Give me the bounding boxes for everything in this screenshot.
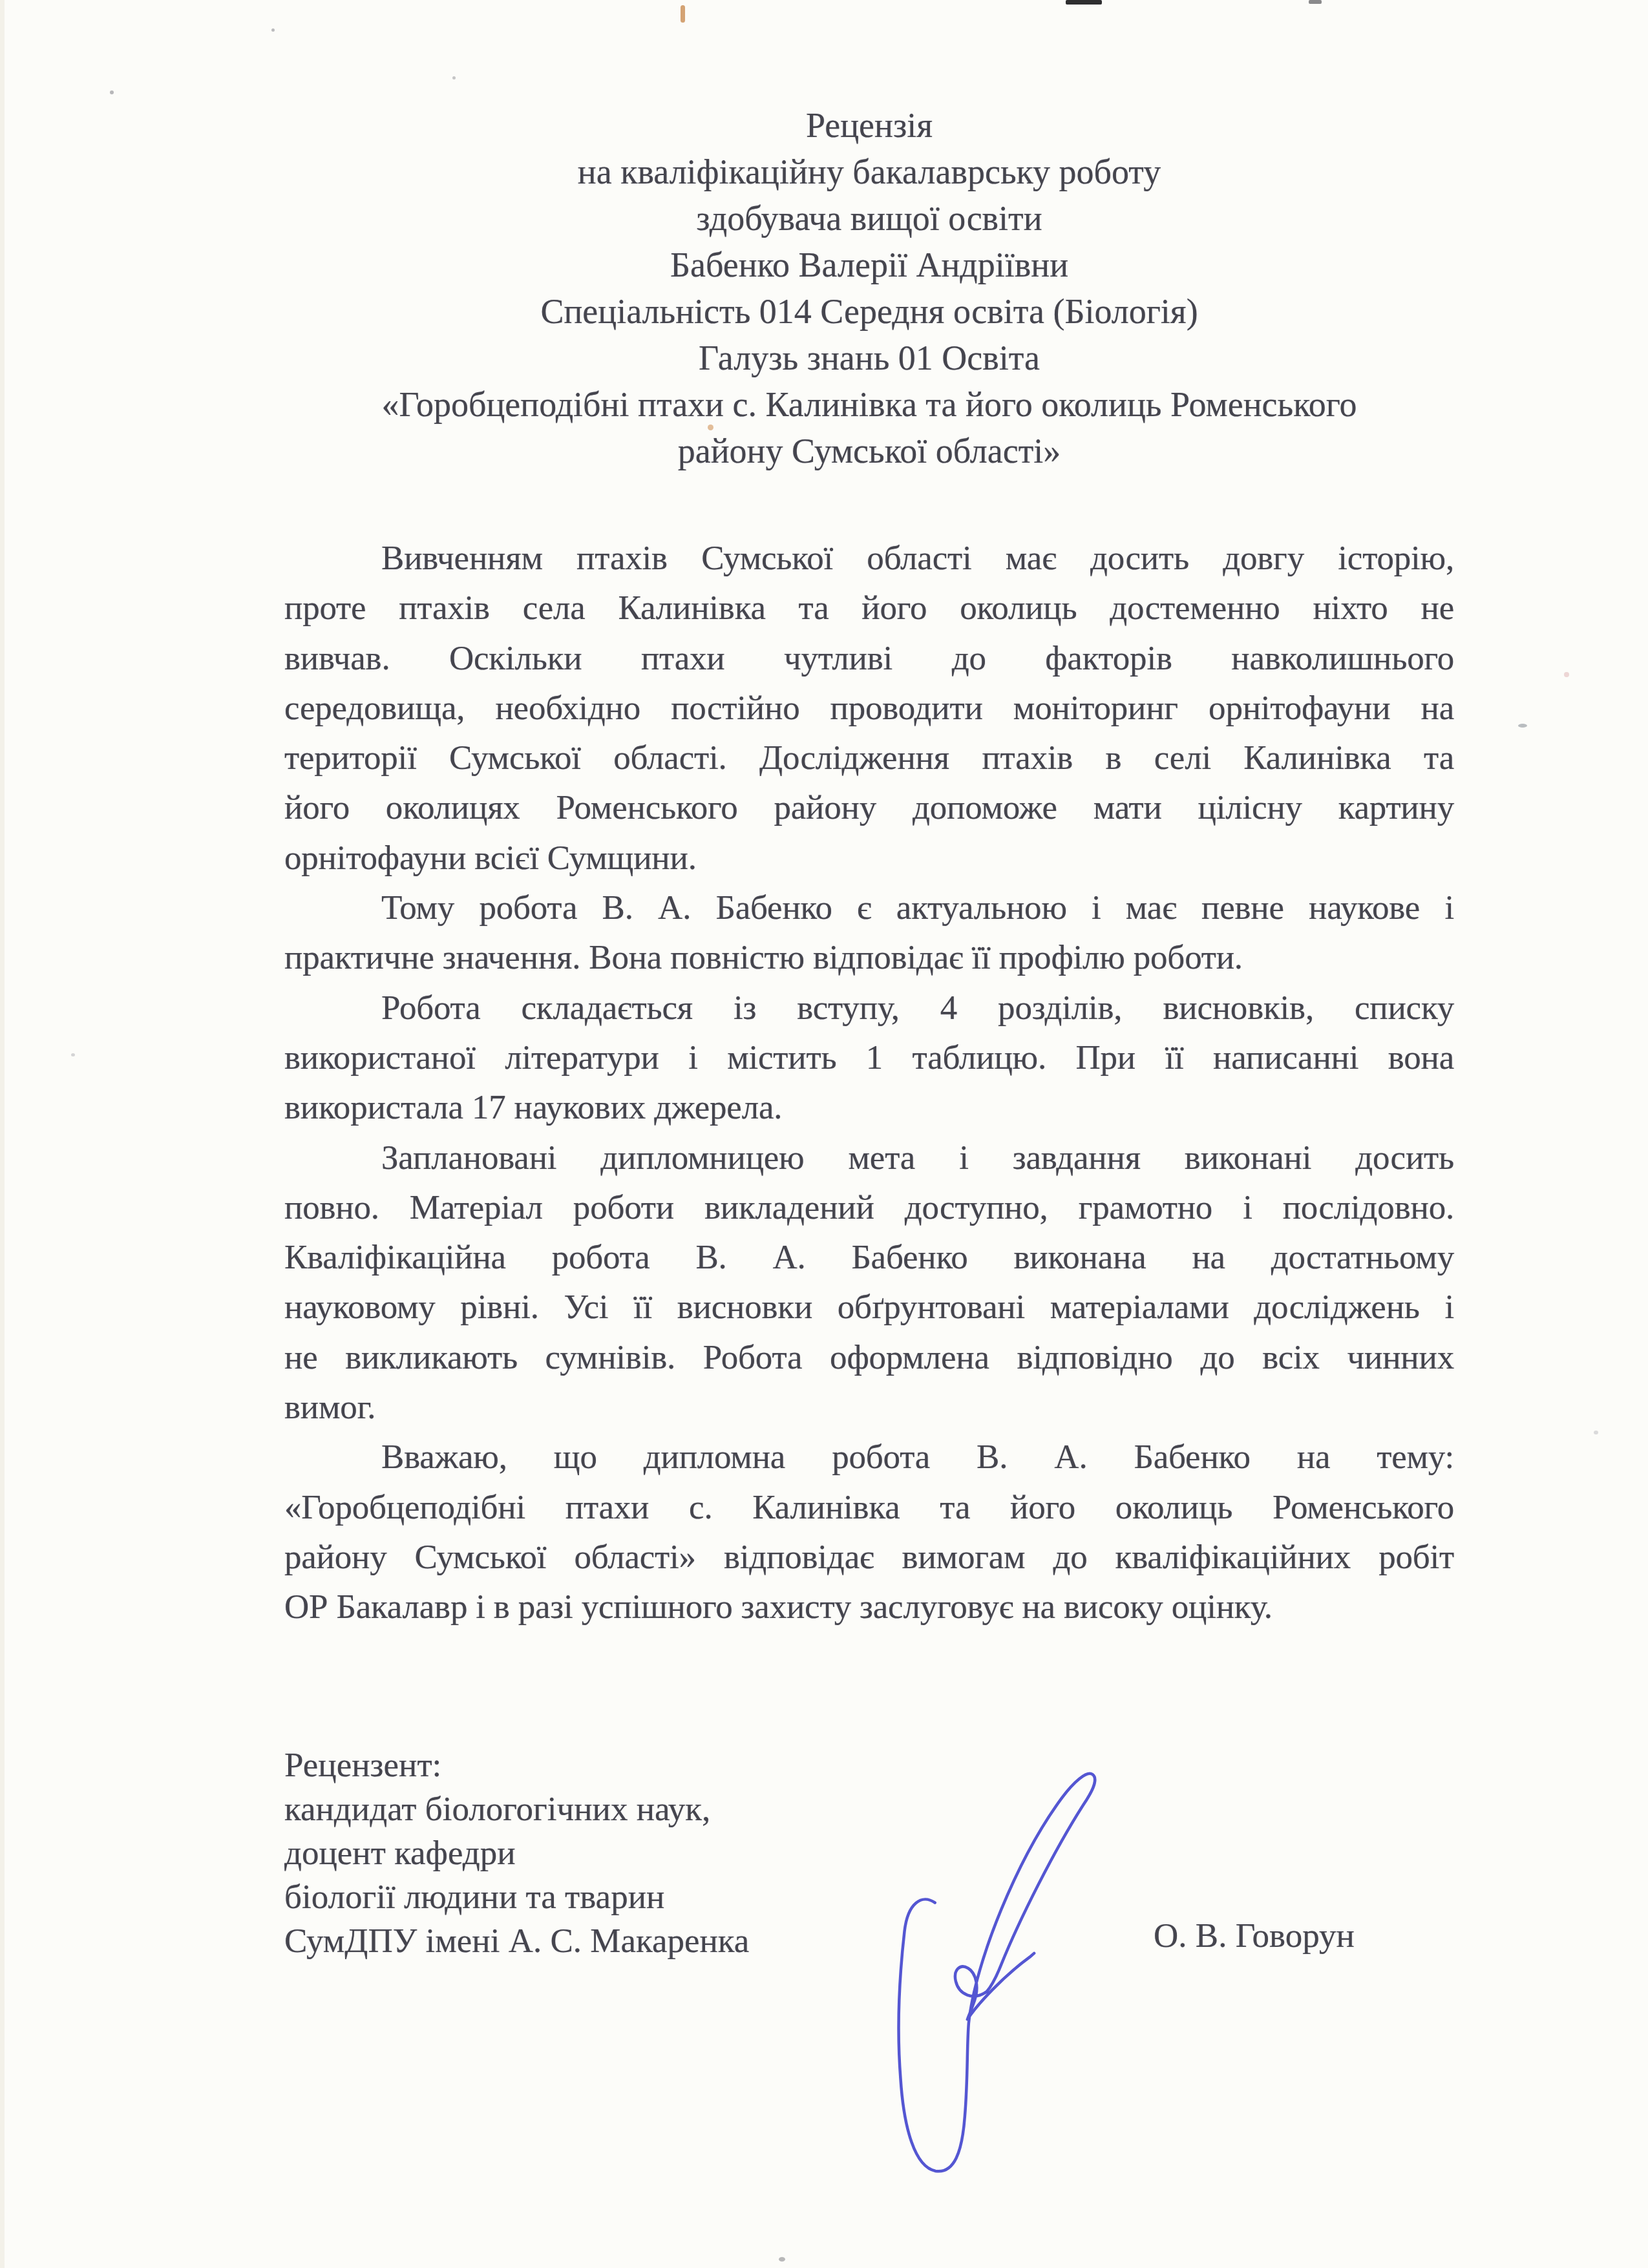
body-line: Робота складається із вступу, 4 розділів… xyxy=(284,983,1454,1033)
title-block: Рецензія на кваліфікаційну бакалаврську … xyxy=(284,102,1454,474)
body-line: Вважаю, що дипломна робота В. А. Бабенко… xyxy=(284,1433,1454,1482)
body-line: проте птахів села Калинівка та його окол… xyxy=(284,583,1454,633)
scan-speck xyxy=(110,90,114,94)
scan-speck xyxy=(1066,0,1102,5)
body-line: території Сумської області. Дослідження … xyxy=(284,733,1454,783)
scan-speck xyxy=(708,425,713,430)
body-line: вивчав. Оскільки птахи чутливі до фактор… xyxy=(284,634,1454,684)
scan-speck xyxy=(1594,1431,1598,1434)
body-line: району Сумської області» відповідає вимо… xyxy=(284,1533,1454,1582)
reviewer-name: О. В. Говорун xyxy=(1154,1914,1355,1958)
scan-speck xyxy=(71,1053,75,1056)
scan-speck xyxy=(681,5,685,23)
title-line: здобувача вищої освіти xyxy=(284,195,1454,242)
scan-speck xyxy=(1564,672,1569,677)
body-line: орнітофауни всієї Сумщини. xyxy=(284,834,1454,883)
title-line: Спеціальність 014 Середня освіта (Біолог… xyxy=(284,288,1454,335)
body-line: повно. Матеріал роботи викладений доступ… xyxy=(284,1183,1454,1233)
paragraph: Вивченням птахів Сумської області має до… xyxy=(284,534,1454,883)
body-line: ОР Бакалавр і в разі успішного захисту з… xyxy=(284,1582,1454,1632)
body-line: Кваліфікаційна робота В. А. Бабенко вико… xyxy=(284,1233,1454,1283)
title-line: Рецензія xyxy=(284,102,1454,149)
title-line: Бабенко Валерії Андріївни xyxy=(284,242,1454,288)
body-text: Вивченням птахів Сумської області має до… xyxy=(284,534,1454,1633)
scan-edge-shading xyxy=(0,0,5,2268)
body-line: Заплановані дипломницею мета і завдання … xyxy=(284,1133,1454,1183)
title-line: «Горобцеподібні птахи с. Калинівка та йо… xyxy=(284,381,1454,428)
body-line: його околицях Роменського району допомож… xyxy=(284,783,1454,833)
paragraph: Робота складається із вступу, 4 розділів… xyxy=(284,983,1454,1133)
paragraph: Вважаю, що дипломна робота В. А. Бабенко… xyxy=(284,1433,1454,1632)
title-line: Галузь знань 01 Освіта xyxy=(284,335,1454,381)
scan-speck xyxy=(779,2257,785,2262)
body-line: науковому рівні. Усі її висновки обґрунт… xyxy=(284,1283,1454,1332)
signature-ink xyxy=(897,1769,1099,2178)
body-line: Тому робота В. А. Бабенко є актуальною і… xyxy=(284,883,1454,933)
paragraph: Заплановані дипломницею мета і завдання … xyxy=(284,1133,1454,1433)
title-line: району Сумської області» xyxy=(284,428,1454,474)
document-page: Рецензія на кваліфікаційну бакалаврську … xyxy=(0,0,1648,2268)
body-line: не викликають сумнівів. Робота оформлена… xyxy=(284,1333,1454,1383)
body-line: Вивченням птахів Сумської області має до… xyxy=(284,534,1454,583)
paragraph: Тому робота В. А. Бабенко є актуальною і… xyxy=(284,883,1454,983)
body-line: використала 17 наукових джерела. xyxy=(284,1083,1454,1133)
scan-speck xyxy=(1518,724,1527,728)
body-line: практичне значення. Вона повністю відпов… xyxy=(284,933,1454,983)
scan-speck xyxy=(1309,0,1322,4)
body-line: «Горобцеподібні птахи с. Калинівка та йо… xyxy=(284,1483,1454,1533)
body-line: середовища, необхідно постійно проводити… xyxy=(284,684,1454,733)
body-line: використаної літератури і містить 1 табл… xyxy=(284,1033,1454,1083)
scan-speck xyxy=(452,76,456,79)
scan-speck xyxy=(271,28,275,32)
body-line: вимог. xyxy=(284,1383,1454,1433)
title-line: на кваліфікаційну бакалаврську роботу xyxy=(284,149,1454,195)
